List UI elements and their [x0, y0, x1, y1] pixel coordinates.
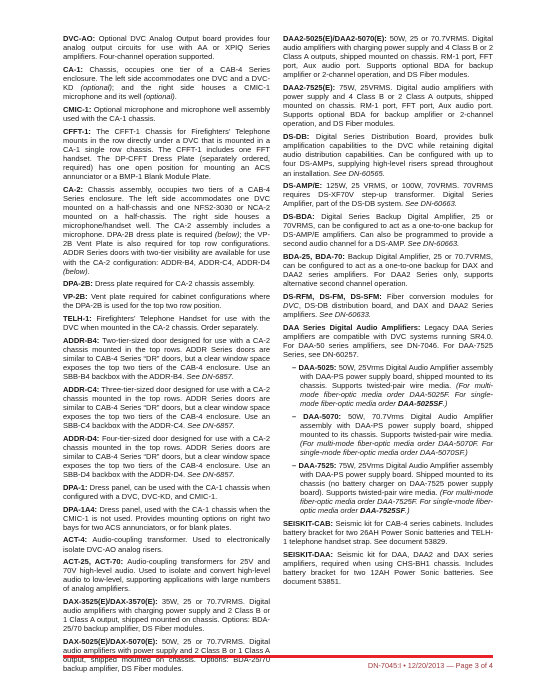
text-run: (below) [63, 267, 88, 276]
text-run: See DN-60633. [319, 310, 371, 319]
text-run: .) [443, 399, 448, 408]
text-run: DPA-1: [63, 483, 90, 492]
text-run: (For multi-mode fiber-optic media order … [300, 439, 493, 457]
text-run: See DN-6857. [186, 372, 234, 381]
spec-paragraph-act-4: ACT-4: Audio-coupling transformer. Used … [63, 535, 270, 553]
text-run: ACT-4: [63, 535, 92, 544]
text-run: Dress panel, can be used with the CA-1 c… [63, 483, 270, 501]
text-run: – DAA-7525: [292, 461, 339, 470]
text-run: Fiber conversion modules for [387, 292, 493, 301]
text-run: The CFFT-1 Chassis for Firefighters’ Tel… [63, 127, 270, 181]
spec-paragraph-dpa-1: DPA-1: Dress panel, can be used with the… [63, 483, 270, 501]
text-run: Vent plate required for cabinet configur… [63, 292, 270, 310]
page-footer: DN-7045:I • 12/20/2013 — Page 3 of 4 [368, 661, 493, 670]
right-column: DAA2-5025(E)/DAA2-5070(E): 50W, 25 or 70… [283, 34, 493, 590]
spec-paragraph-telh-1: TELH-1: Firefighters’ Telephone Handset … [63, 314, 270, 332]
text-run: DAA2-7525(E): [283, 83, 339, 92]
spec-paragraph-dax-3525-3570: DAX-3525(E)/DAX-3570(E): 35W, 25 or 70.7… [63, 597, 270, 633]
text-run: – DAA-5070: [292, 412, 348, 421]
spec-paragraph-bda-25-bda-70: BDA-25, BDA-70: Backup Digital Amplifier… [283, 252, 493, 288]
text-run: DS-RFM, DS-FM, DS-SFM: [283, 292, 387, 301]
text-run: CMIC-1: [63, 105, 94, 114]
text-run: See DN-6857. [187, 470, 235, 479]
text-run: Audio-coupling transformer. Used to elec… [63, 535, 270, 553]
text-run: DS-DB: [283, 132, 316, 141]
spec-paragraph-addr-b4: ADDR-B4: Two-tier-sized door designed fo… [63, 336, 270, 381]
spec-paragraph-daa-5025: – DAA-5025: 50W, 25Vrms Digital Audio Am… [283, 363, 493, 408]
text-run: (optional) [81, 83, 112, 92]
text-run: CFFT-1: [63, 127, 96, 136]
text-run: . [88, 267, 90, 276]
spec-paragraph-addr-d4: ADDR-D4: Four-tier-sized door designed f… [63, 434, 270, 479]
text-run: DAX-3525(E)/DAX-3570(E): [63, 597, 162, 606]
text-run: DAA2-5025(E)/DAA2-5070(E): [283, 34, 390, 43]
spec-paragraph-daa2-7525: DAA2-7525(E): 75W, 25VRMS. Digital audio… [283, 83, 493, 128]
spec-paragraph-daa-5070: – DAA-5070: 50W, 70.7Vrms Digital Audio … [283, 412, 493, 457]
text-run: TELH-1: [63, 314, 96, 323]
spec-paragraph-cfft-1: CFFT-1: The CFFT-1 Chassis for Firefight… [63, 127, 270, 182]
spec-paragraph-addr-c4: ADDR-C4: Three-tier-sized door designed … [63, 385, 270, 430]
text-run: DAX-5025(E)/DAX-5070(E): [63, 637, 162, 646]
spec-paragraph-dpa-2b: DPA-2B: Dress plate required for CA-2 ch… [63, 279, 270, 288]
text-run: . [175, 92, 177, 101]
text-run: SEISKIT-CAB: [283, 519, 336, 528]
text-run: ADDR-B4: [63, 336, 102, 345]
spec-paragraph-daa2-5025-5070: DAA2-5025(E)/DAA2-5070(E): 50W, 25 or 70… [283, 34, 493, 79]
text-run: DPA-2B: [63, 279, 95, 288]
spec-paragraph-ds-amp-e: DS-AMP/E: 125W, 25 VRMS, or 100W, 70VRMS… [283, 181, 493, 208]
text-run: ACT-25, ACT-70: [63, 557, 127, 566]
text-run: ADDR-C4: [63, 385, 101, 394]
text-run: – DAA-5025: [292, 363, 339, 372]
text-run: See DN-60663. [405, 199, 457, 208]
footer-text: DN-7045:I • 12/20/2013 — Page 3 of 4 [368, 661, 493, 670]
text-run: (optional) [143, 92, 174, 101]
text-run: , DS-DB distribution board, and DAX and … [283, 301, 493, 319]
spec-paragraph-vp-2b: VP-2B: Vent plate required for cabinet c… [63, 292, 270, 310]
text-run: BDA-25, BDA-70: [283, 252, 348, 261]
spec-paragraph-cmic-1: CMIC-1: Optional microphone and micropho… [63, 105, 270, 123]
text-run: See DN-60565. [333, 169, 385, 178]
text-run: ADDR-D4: [63, 434, 102, 443]
spec-paragraph-ds-rfm-ds-fm-ds-sfm: DS-RFM, DS-FM, DS-SFM: Fiber conversion … [283, 292, 493, 319]
text-run: .) [405, 506, 410, 515]
text-run: DAA-7525SF [360, 506, 405, 515]
spec-paragraph-dvc-ao: DVC-AO: Optional DVC Analog Output board… [63, 34, 270, 61]
text-run: DAA Series Digital Audio Amplifiers: [283, 323, 424, 332]
footer-divider-rule [63, 655, 493, 658]
text-run: CA-2: [63, 185, 88, 194]
text-run: DAA-5025SF [398, 399, 443, 408]
text-run: DS-BDA: [283, 212, 321, 221]
spec-paragraph-daa-series-header: DAA Series Digital Audio Amplifiers: Leg… [283, 323, 493, 359]
text-run: VP-2B: [63, 292, 91, 301]
spec-paragraph-act-25-act-70: ACT-25, ACT-70: Audio-coupling transform… [63, 557, 270, 593]
text-run: SEISKIT-DAA: [283, 550, 337, 559]
text-run: See DN-6857. [187, 421, 235, 430]
text-run: See DN-60663. [408, 239, 460, 248]
spec-paragraph-ca-1: CA-1: Chassis, occupies one tier of a CA… [63, 65, 270, 101]
spec-paragraph-ds-bda: DS-BDA: Digital Series Backup Digital Am… [283, 212, 493, 248]
text-run: DVC-AO: [63, 34, 99, 43]
text-run: Dress plate required for CA-2 chassis as… [95, 279, 255, 288]
spec-paragraph-dpa-1a4: DPA-1A4: Dress panel, used with the CA-1… [63, 505, 270, 532]
text-run: DVC [283, 301, 299, 310]
spec-paragraph-seiskit-daa: SEISKIT-DAA: Seismic kit for DAA, DAA2 a… [283, 550, 493, 586]
text-run: DS-AMP/E: [283, 181, 326, 190]
spec-paragraph-seiskit-cab: SEISKIT-CAB: Seismic kit for CAB-4 serie… [283, 519, 493, 546]
text-run: Optional microphone and microphone well … [63, 105, 270, 123]
spec-paragraph-ca-2: CA-2: Chassis assembly, occupies two tie… [63, 185, 270, 276]
spec-paragraph-daa-7525: – DAA-7525: 75W, 25Vrms Digital Audio Am… [283, 461, 493, 516]
left-column: DVC-AO: Optional DVC Analog Output board… [63, 34, 270, 677]
datasheet-page: DVC-AO: Optional DVC Analog Output board… [0, 0, 541, 700]
spec-paragraph-ds-db: DS-DB: Digital Series Distribution Board… [283, 132, 493, 177]
text-run: CA-1: [63, 65, 90, 74]
text-run: DPA-1A4: [63, 505, 100, 514]
text-run: (below) [215, 230, 240, 239]
